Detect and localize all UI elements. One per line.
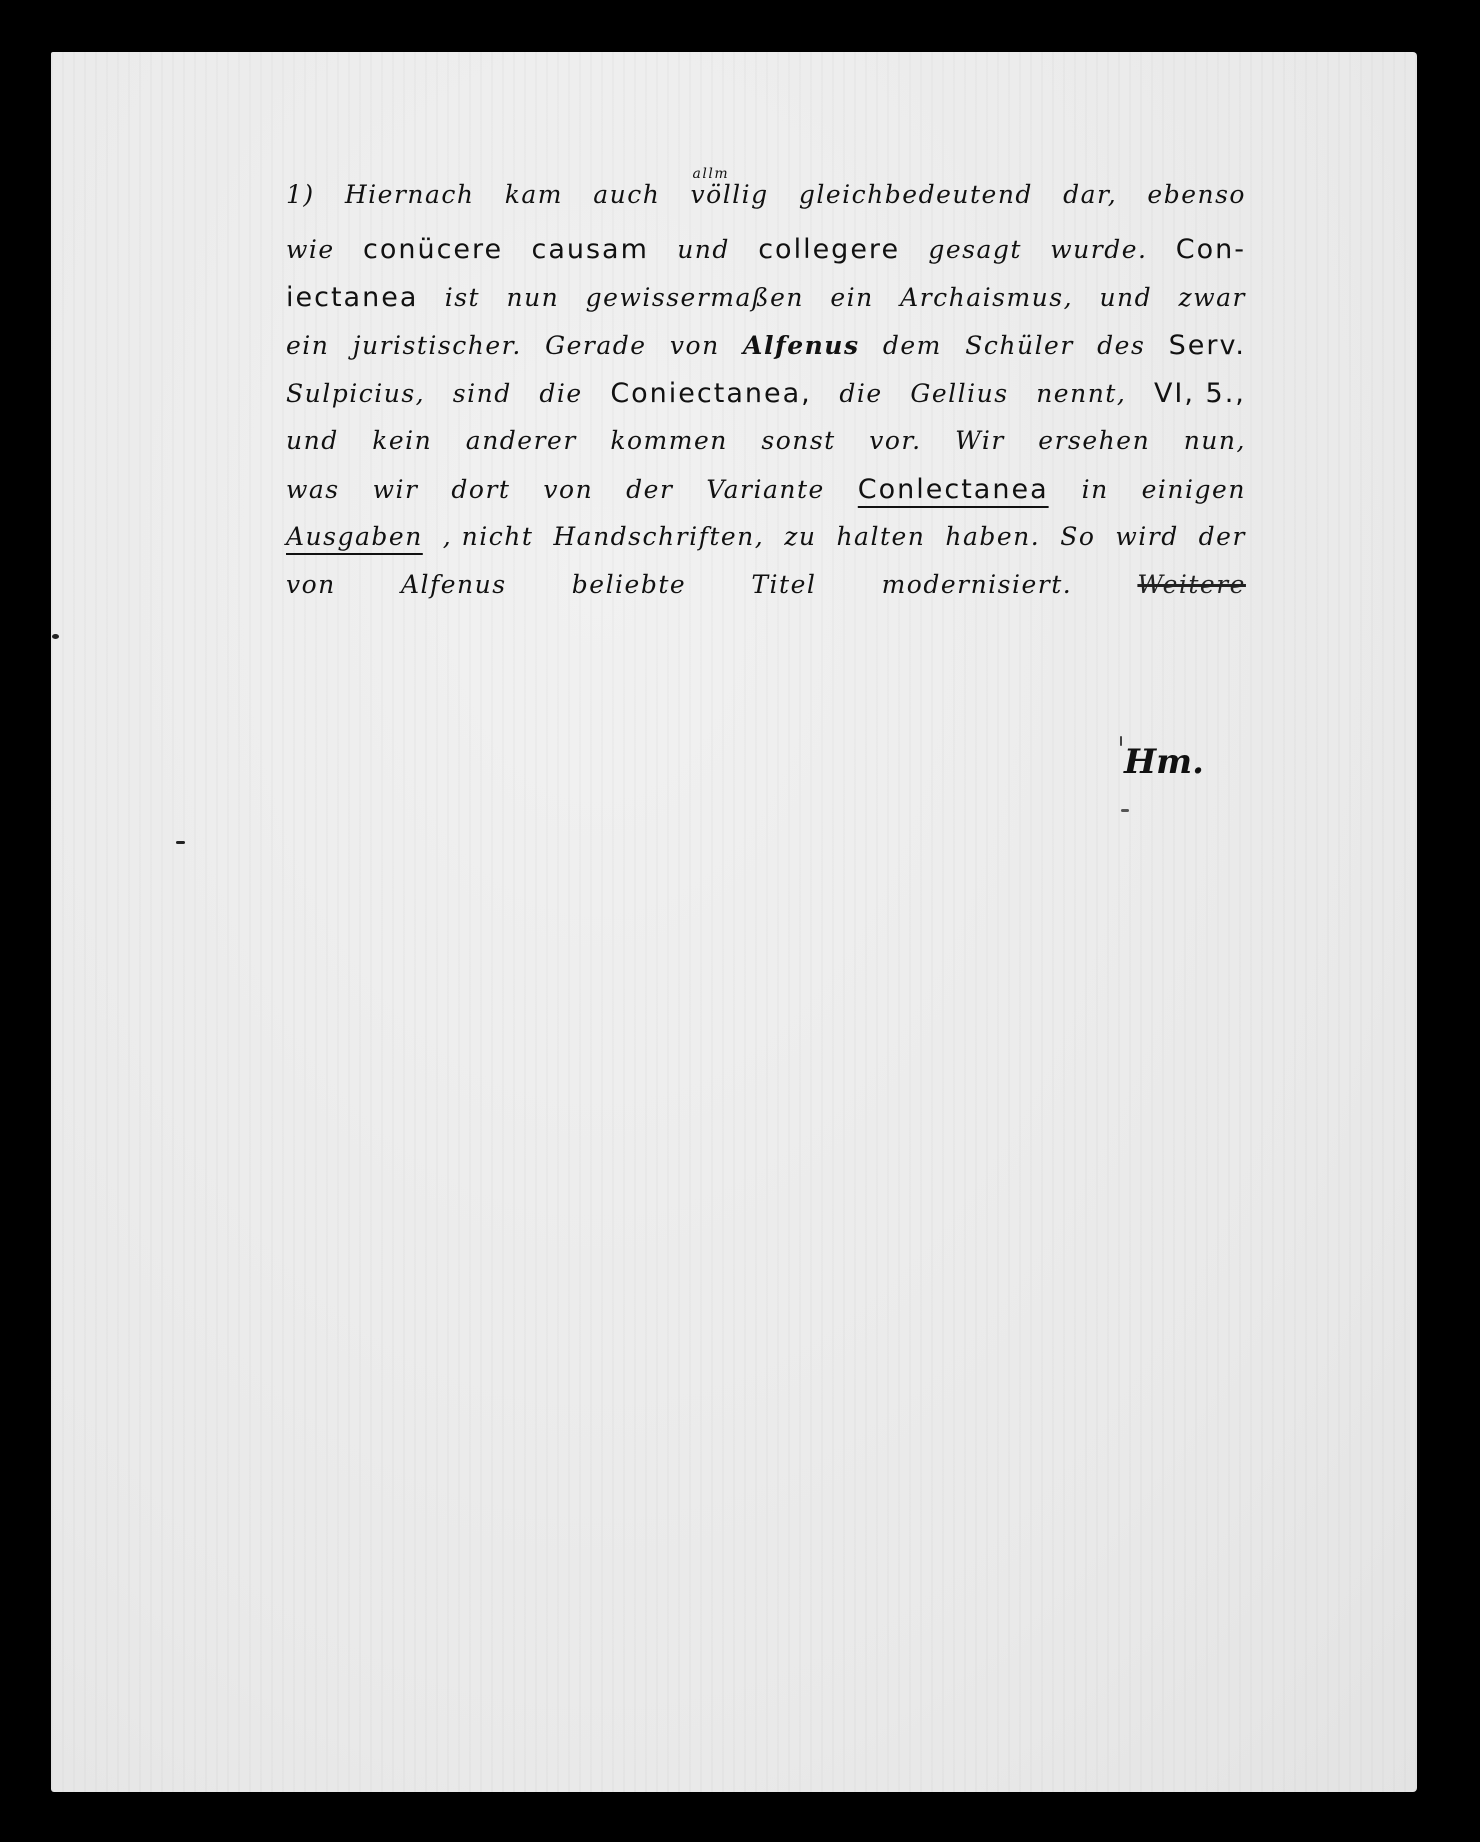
ink-speck <box>176 841 185 844</box>
word: gewissermaßen <box>586 283 804 312</box>
word: wird <box>1115 522 1178 551</box>
word: ein <box>830 283 873 312</box>
ink-speck <box>1120 736 1122 746</box>
ink-speck <box>52 634 59 639</box>
text-line: undkeinandererkommensonstvor.Wirersehenn… <box>286 426 1246 474</box>
signature: Hm. <box>1124 742 1204 782</box>
word: , nicht <box>443 522 534 551</box>
word: die <box>539 379 582 408</box>
word: Schüler <box>965 331 1074 360</box>
word: ersehen <box>1038 426 1150 455</box>
word: zu <box>784 522 816 551</box>
word: anderer <box>466 426 577 455</box>
word: Alfenus <box>743 331 859 360</box>
word: sind <box>453 379 512 408</box>
latin-word: Conlectanea <box>858 474 1049 505</box>
word: modernisiert. <box>882 570 1073 599</box>
word: der <box>626 475 673 504</box>
word: von <box>670 331 720 360</box>
latin-word: collegere <box>758 234 900 265</box>
word: ebenso <box>1147 180 1246 209</box>
word: von <box>286 570 336 599</box>
word: ist <box>445 283 480 312</box>
word: einigen <box>1142 475 1246 504</box>
word: beliebte <box>572 570 686 599</box>
word: wie <box>286 235 335 264</box>
word: in <box>1082 475 1109 504</box>
word: dem <box>883 331 942 360</box>
text-line: einjuristischer.GeradevonAlfenusdemSchül… <box>286 330 1246 378</box>
word: kein <box>372 426 432 455</box>
word: auch <box>593 180 660 209</box>
text-line: Sulpicius,sinddieConiectanea,dieGelliusn… <box>286 378 1246 426</box>
word: juristischer. <box>353 331 522 360</box>
word: Gerade <box>545 331 646 360</box>
ink-speck <box>1121 809 1129 812</box>
word: 1) <box>286 180 315 209</box>
latin-word: VI, 5., <box>1154 378 1246 409</box>
word: Alfenus <box>401 570 507 599</box>
word: Gellius <box>910 379 1008 408</box>
latin-word: Serv. <box>1169 330 1246 361</box>
word: halten <box>836 522 925 551</box>
word: was <box>286 475 340 504</box>
word: vor. <box>869 426 921 455</box>
manuscript-page: 1)Hiernachkamauchvölligallmgleichbedeute… <box>51 52 1417 1792</box>
latin-word: iectanea <box>286 282 418 313</box>
word: Handschriften, <box>553 522 764 551</box>
text-line: Ausgaben, nichtHandschriften,zuhaltenhab… <box>286 522 1246 570</box>
interlinear-insertion: allm <box>693 166 730 182</box>
text-line: vonAlfenusbeliebteTitelmodernisiert.Weit… <box>286 570 1246 618</box>
word: wir <box>373 475 419 504</box>
latin-word: Con- <box>1176 234 1246 265</box>
text-line: wieconücerecausamundcollegeregesagtwurde… <box>286 234 1246 282</box>
word: und <box>286 426 339 455</box>
word: sonst <box>761 426 835 455</box>
word: nun <box>506 283 559 312</box>
word: wurde. <box>1050 235 1147 264</box>
word: nennt, <box>1036 379 1126 408</box>
word: Ausgaben <box>286 522 423 551</box>
latin-word: causam <box>531 234 648 265</box>
word: des <box>1097 331 1145 360</box>
word: Variante <box>706 475 824 504</box>
word: nun, <box>1184 426 1246 455</box>
latin-word: Coniectanea, <box>610 378 811 409</box>
word: dar, <box>1063 180 1117 209</box>
word: ein <box>286 331 329 360</box>
word: und <box>677 235 730 264</box>
word: die <box>839 379 882 408</box>
word: Titel <box>751 570 816 599</box>
word: und <box>1099 283 1152 312</box>
word: von <box>543 475 593 504</box>
latin-word: conücere <box>363 234 503 265</box>
text-line: iectaneaistnungewissermaßeneinArchaismus… <box>286 282 1246 330</box>
word: kam <box>505 180 563 209</box>
word: Sulpicius, <box>286 379 425 408</box>
word: Wir <box>955 426 1005 455</box>
word: gleichbedeutend <box>799 180 1033 209</box>
handwritten-text-block: 1)Hiernachkamauchvölligallmgleichbedeute… <box>286 180 1246 618</box>
word: völligallm <box>691 180 769 209</box>
word: der <box>1199 522 1246 551</box>
struck-word: Weitere <box>1137 570 1246 599</box>
word: Hiernach <box>345 180 475 209</box>
word: gesagt <box>928 235 1022 264</box>
word: kommen <box>610 426 728 455</box>
word: zwar <box>1179 283 1246 312</box>
word: haben. <box>945 522 1040 551</box>
word: So <box>1060 522 1095 551</box>
text-line: 1)Hiernachkamauchvölligallmgleichbedeute… <box>286 180 1246 234</box>
text-line: waswirdortvonderVarianteConlectaneainein… <box>286 474 1246 522</box>
word: Archaismus, <box>900 283 1073 312</box>
word: dort <box>451 475 510 504</box>
